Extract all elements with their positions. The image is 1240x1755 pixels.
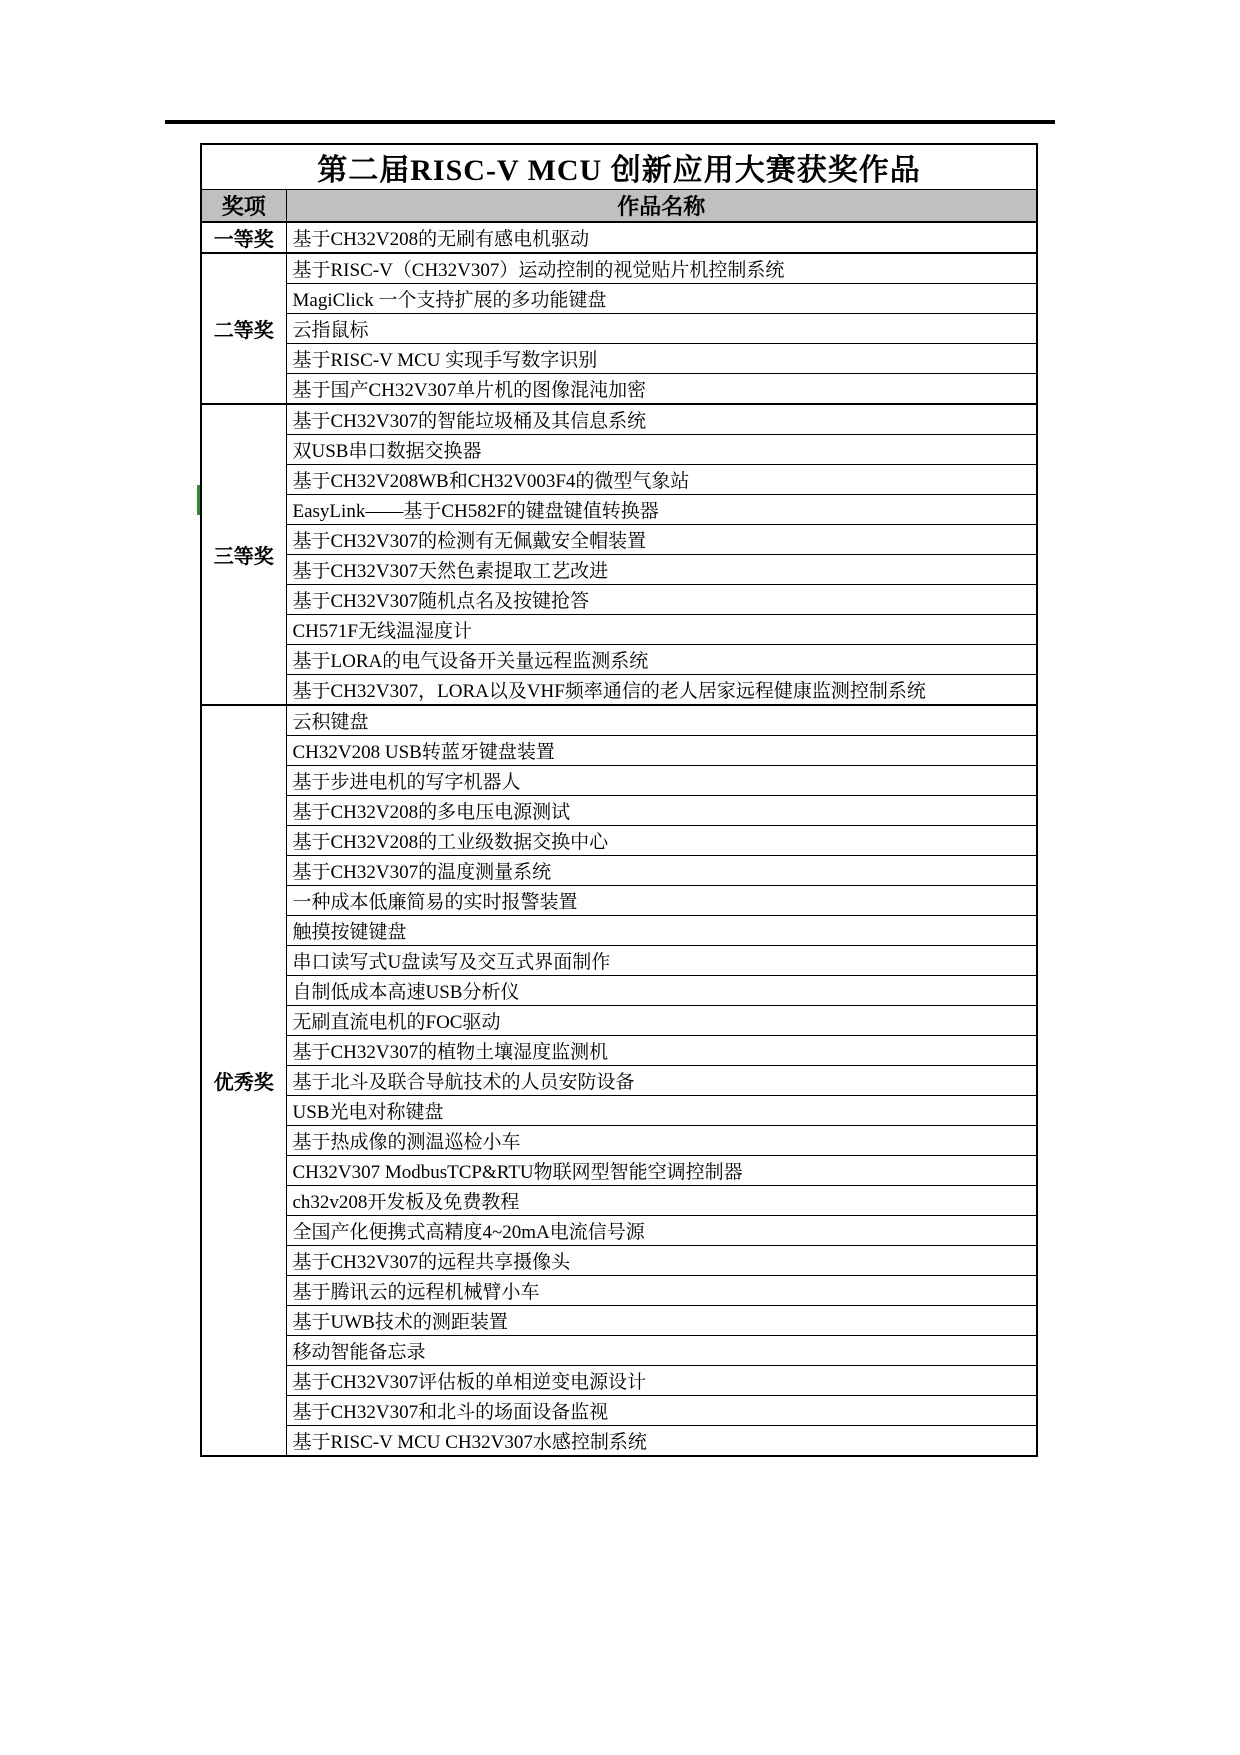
table-row: 基于CH32V307的检测有无佩戴安全帽装置 (201, 525, 1037, 555)
work-cell: 基于北斗及联合导航技术的人员安防设备 (286, 1066, 1037, 1096)
table-row: CH32V208 USB转蓝牙键盘装置 (201, 736, 1037, 766)
table-row: 基于腾讯云的远程机械臂小车 (201, 1276, 1037, 1306)
table-row: 基于RISC-V MCU CH32V307水感控制系统 (201, 1426, 1037, 1457)
work-cell: CH571F无线温湿度计 (286, 615, 1037, 645)
table-row: 移动智能备忘录 (201, 1336, 1037, 1366)
award-cell: 二等奖 (201, 253, 286, 404)
table-row: CH571F无线温湿度计 (201, 615, 1037, 645)
table-row: 基于CH32V307的远程共享摄像头 (201, 1246, 1037, 1276)
work-cell: 基于CH32V307的植物土壤湿度监测机 (286, 1036, 1037, 1066)
table-row: 三等奖基于CH32V307的智能垃圾桶及其信息系统 (201, 404, 1037, 435)
awards-table-body: 一等奖基于CH32V208的无刷有感电机驱动二等奖基于RISC-V（CH32V3… (201, 222, 1037, 1456)
table-row: 二等奖基于RISC-V（CH32V307）运动控制的视觉贴片机控制系统 (201, 253, 1037, 284)
table-row: 串口读写式U盘读写及交互式界面制作 (201, 946, 1037, 976)
award-cell: 三等奖 (201, 404, 286, 705)
table-row: 基于CH32V307随机点名及按键抢答 (201, 585, 1037, 615)
work-cell: 基于CH32V208WB和CH32V003F4的微型气象站 (286, 465, 1037, 495)
table-row: 自制低成本高速USB分析仪 (201, 976, 1037, 1006)
table-row: 一等奖基于CH32V208的无刷有感电机驱动 (201, 222, 1037, 253)
table-row: ch32v208开发板及免费教程 (201, 1186, 1037, 1216)
work-cell: 基于CH32V208的工业级数据交换中心 (286, 826, 1037, 856)
work-cell: 基于CH32V307和北斗的场面设备监视 (286, 1396, 1037, 1426)
work-cell: 基于CH32V307评估板的单相逆变电源设计 (286, 1366, 1037, 1396)
table-row: 一种成本低廉简易的实时报警装置 (201, 886, 1037, 916)
work-cell: 基于CH32V307的远程共享摄像头 (286, 1246, 1037, 1276)
work-cell: 基于RISC-V MCU 实现手写数字识别 (286, 344, 1037, 374)
work-cell: 基于CH32V307，LORA以及VHF频率通信的老人居家远程健康监测控制系统 (286, 675, 1037, 706)
award-cell: 一等奖 (201, 222, 286, 253)
work-cell: 自制低成本高速USB分析仪 (286, 976, 1037, 1006)
work-cell: 基于CH32V307天然色素提取工艺改进 (286, 555, 1037, 585)
work-cell: 基于步进电机的写字机器人 (286, 766, 1037, 796)
table-row: 触摸按键键盘 (201, 916, 1037, 946)
work-cell: 基于CH32V307的智能垃圾桶及其信息系统 (286, 404, 1037, 435)
work-cell: 基于国产CH32V307单片机的图像混沌加密 (286, 374, 1037, 405)
table-row: 基于LORA的电气设备开关量远程监测系统 (201, 645, 1037, 675)
table-row: 全国产化便携式高精度4~20mA电流信号源 (201, 1216, 1037, 1246)
table-title: 第二届RISC-V MCU 创新应用大赛获奖作品 (201, 144, 1037, 190)
table-row: 基于CH32V307，LORA以及VHF频率通信的老人居家远程健康监测控制系统 (201, 675, 1037, 706)
awards-table: 第二届RISC-V MCU 创新应用大赛获奖作品 奖项 作品名称 一等奖基于CH… (200, 143, 1038, 1457)
work-cell: CH32V307 ModbusTCP&RTU物联网型智能空调控制器 (286, 1156, 1037, 1186)
table-row: MagiClick 一个支持扩展的多功能键盘 (201, 284, 1037, 314)
work-cell: 基于RISC-V MCU CH32V307水感控制系统 (286, 1426, 1037, 1457)
table-row: 基于CH32V208的多电压电源测试 (201, 796, 1037, 826)
table-row: 基于CH32V208的工业级数据交换中心 (201, 826, 1037, 856)
award-cell: 优秀奖 (201, 705, 286, 1456)
work-cell: 基于CH32V208的多电压电源测试 (286, 796, 1037, 826)
work-cell: 一种成本低廉简易的实时报警装置 (286, 886, 1037, 916)
work-cell: ch32v208开发板及免费教程 (286, 1186, 1037, 1216)
work-cell: 云积键盘 (286, 705, 1037, 736)
table-row: 基于北斗及联合导航技术的人员安防设备 (201, 1066, 1037, 1096)
table-row: 基于CH32V208WB和CH32V003F4的微型气象站 (201, 465, 1037, 495)
column-header-award: 奖项 (201, 190, 286, 223)
work-cell: 基于CH32V307的检测有无佩戴安全帽装置 (286, 525, 1037, 555)
table-row: 双USB串口数据交换器 (201, 435, 1037, 465)
table-row: 基于RISC-V MCU 实现手写数字识别 (201, 344, 1037, 374)
table-row: 基于国产CH32V307单片机的图像混沌加密 (201, 374, 1037, 405)
table-row: 优秀奖云积键盘 (201, 705, 1037, 736)
work-cell: 基于腾讯云的远程机械臂小车 (286, 1276, 1037, 1306)
table-row: 基于步进电机的写字机器人 (201, 766, 1037, 796)
work-cell: 基于热成像的测温巡检小车 (286, 1126, 1037, 1156)
work-cell: 基于RISC-V（CH32V307）运动控制的视觉贴片机控制系统 (286, 253, 1037, 284)
work-cell: 无刷直流电机的FOC驱动 (286, 1006, 1037, 1036)
table-row: 基于UWB技术的测距装置 (201, 1306, 1037, 1336)
column-header-work: 作品名称 (286, 190, 1037, 223)
table-row: EasyLink——基于CH582F的键盘键值转换器 (201, 495, 1037, 525)
table-row: 基于CH32V307天然色素提取工艺改进 (201, 555, 1037, 585)
work-cell: USB光电对称键盘 (286, 1096, 1037, 1126)
work-cell: 基于LORA的电气设备开关量远程监测系统 (286, 645, 1037, 675)
work-cell: 基于UWB技术的测距装置 (286, 1306, 1037, 1336)
document-page: 第二届RISC-V MCU 创新应用大赛获奖作品 奖项 作品名称 一等奖基于CH… (0, 0, 1240, 1755)
work-cell: 云指鼠标 (286, 314, 1037, 344)
work-cell: 基于CH32V208的无刷有感电机驱动 (286, 222, 1037, 253)
page-header-rule (165, 120, 1055, 124)
work-cell: 移动智能备忘录 (286, 1336, 1037, 1366)
table-row: 无刷直流电机的FOC驱动 (201, 1006, 1037, 1036)
work-cell: 基于CH32V307的温度测量系统 (286, 856, 1037, 886)
table-row: USB光电对称键盘 (201, 1096, 1037, 1126)
work-cell: CH32V208 USB转蓝牙键盘装置 (286, 736, 1037, 766)
work-cell: 串口读写式U盘读写及交互式界面制作 (286, 946, 1037, 976)
work-cell: 触摸按键键盘 (286, 916, 1037, 946)
table-title-row: 第二届RISC-V MCU 创新应用大赛获奖作品 (201, 144, 1037, 190)
table-row: 基于热成像的测温巡检小车 (201, 1126, 1037, 1156)
work-cell: EasyLink——基于CH582F的键盘键值转换器 (286, 495, 1037, 525)
table-row: 基于CH32V307的植物土壤湿度监测机 (201, 1036, 1037, 1066)
table-row: CH32V307 ModbusTCP&RTU物联网型智能空调控制器 (201, 1156, 1037, 1186)
table-row: 基于CH32V307的温度测量系统 (201, 856, 1037, 886)
table-header-row: 奖项 作品名称 (201, 190, 1037, 223)
table-row: 基于CH32V307评估板的单相逆变电源设计 (201, 1366, 1037, 1396)
table-row: 基于CH32V307和北斗的场面设备监视 (201, 1396, 1037, 1426)
work-cell: 基于CH32V307随机点名及按键抢答 (286, 585, 1037, 615)
work-cell: 双USB串口数据交换器 (286, 435, 1037, 465)
work-cell: MagiClick 一个支持扩展的多功能键盘 (286, 284, 1037, 314)
work-cell: 全国产化便携式高精度4~20mA电流信号源 (286, 1216, 1037, 1246)
table-row: 云指鼠标 (201, 314, 1037, 344)
